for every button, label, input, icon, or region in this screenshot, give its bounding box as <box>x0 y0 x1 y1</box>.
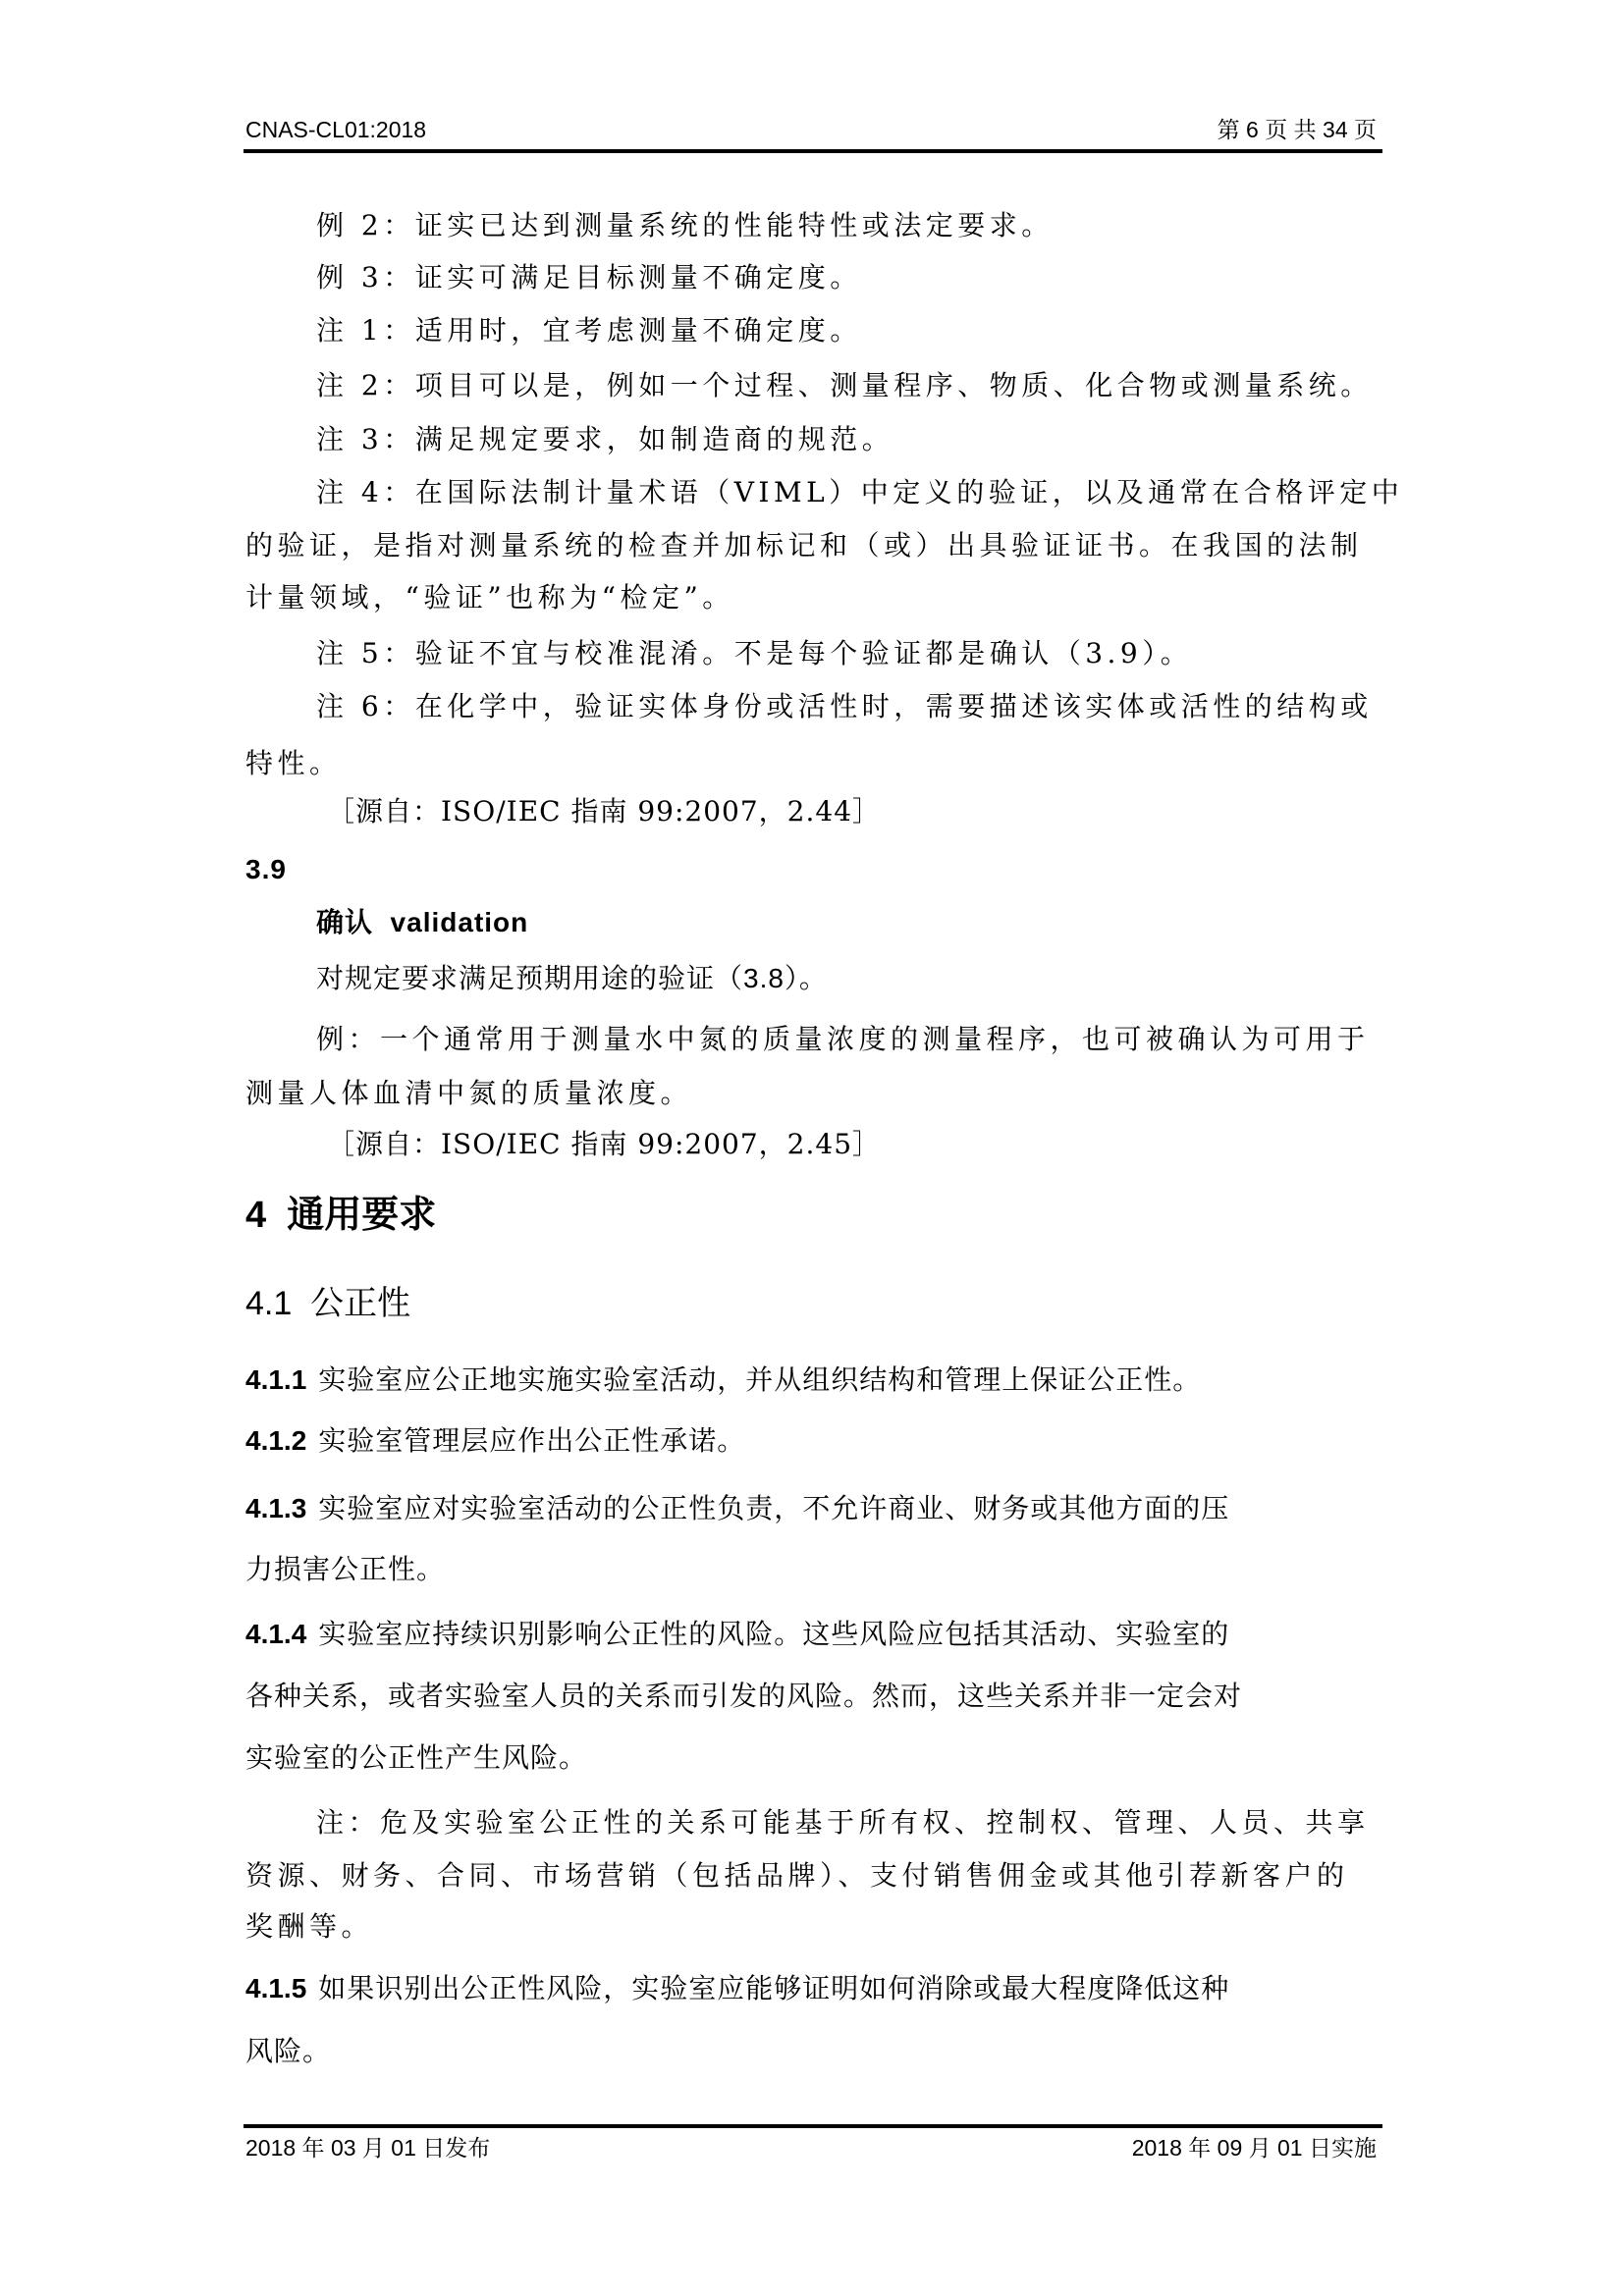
example-3-9-line-1: 例：一个通常用于测量水中氮的质量浓度的测量程序，也可被确认为可用于 <box>316 1022 1370 1057</box>
footer-effective-date: 2018 年 09 月 01 日实施 <box>1132 2134 1377 2162</box>
note-4-1-4-line-3: 奖酬等。 <box>245 1909 373 1945</box>
clause-4-1-4-cont-1: 各种关系，或者实验室人员的关系而引发的风险。然而，这些关系并非一定会对 <box>245 1679 1242 1714</box>
clause-number: 4.1.5 <box>245 1973 306 2003</box>
clause-4-1-2: 4.1.2实验室管理层应作出公正性承诺。 <box>245 1423 745 1459</box>
clause-4-1-5-cont: 风险。 <box>245 2034 331 2069</box>
note-3: 注 3：满足规定要求，如制造商的规范。 <box>316 422 893 457</box>
clause-4-1-4: 4.1.4实验室应持续识别影响公正性的风险。这些风险应包括其活动、实验室的 <box>245 1617 1229 1652</box>
section-title-4-1: 4.1 公正性 <box>245 1284 410 1323</box>
footer-rule <box>244 2124 1382 2128</box>
source-2-45: ［源自：ISO/IEC 指南 99:2007，2.45］ <box>327 1127 881 1162</box>
clause-text: 如果识别出公正性风险，实验室应能够证明如何消除或最大程度降低这种 <box>318 1973 1229 2003</box>
header-doc-id: CNAS-CL01:2018 <box>245 116 426 143</box>
clause-number: 4.1.1 <box>245 1364 306 1395</box>
note-4-line-1: 注 4：在国际法制计量术语（VIML）中定义的验证，以及通常在合格评定中 <box>316 475 1403 510</box>
note-4-line-2: 的验证，是指对测量系统的检查并加标记和（或）出具验证证书。在我国的法制 <box>245 528 1363 563</box>
example-3-9-line-2: 测量人体血清中氮的质量浓度。 <box>245 1076 692 1111</box>
header-rule <box>244 149 1382 153</box>
example-2: 例 2：证实已达到测量系统的性能特性或法定要求。 <box>316 208 1054 243</box>
footer-published-date: 2018 年 03 月 01 日发布 <box>245 2134 490 2162</box>
note-4-1-4-line-2: 资源、财务、合同、市场营销（包括品牌）、支付销售佣金或其他引荐新客户的 <box>245 1858 1349 1894</box>
section-title-4: 4 通用要求 <box>245 1194 436 1237</box>
note-6-line-1: 注 6：在化学中，验证实体身份或活性时，需要描述该实体或活性的结构或 <box>316 689 1373 724</box>
note-6-line-2: 特性。 <box>245 746 342 781</box>
clause-4-1-3-cont: 力损害公正性。 <box>245 1552 445 1587</box>
clause-text: 实验室应持续识别影响公正性的风险。这些风险应包括其活动、实验室的 <box>318 1619 1229 1649</box>
clause-4-1-1: 4.1.1实验室应公正地实施实验室活动，并从组织结构和管理上保证公正性。 <box>245 1362 1201 1398</box>
clause-text: 实验室管理层应作出公正性承诺。 <box>318 1425 745 1456</box>
clause-number-3-9: 3.9 <box>245 852 287 887</box>
note-4-line-3: 计量领域，“验证”也称为“检定”。 <box>245 580 734 615</box>
term-validation: 确认 validation <box>316 905 528 940</box>
note-1: 注 1：适用时，宜考虑测量不确定度。 <box>316 313 862 348</box>
clause-4-1-5: 4.1.5如果识别出公正性风险，实验室应能够证明如何消除或最大程度降低这种 <box>245 1971 1229 2006</box>
clause-number: 4.1.3 <box>245 1493 306 1523</box>
definition-3-9: 对规定要求满足预期用途的验证（3.8）。 <box>316 961 828 996</box>
note-5: 注 5：验证不宜与校准混淆。不是每个验证都是确认（3.9）。 <box>316 636 1192 671</box>
note-4-1-4-line-1: 注：危及实验室公正性的关系可能基于所有权、控制权、管理、人员、共享 <box>316 1805 1370 1841</box>
example-3: 例 3：证实可满足目标测量不确定度。 <box>316 260 862 295</box>
header-page-info: 第 6 页 共 34 页 <box>1218 116 1377 143</box>
clause-number: 4.1.4 <box>245 1619 306 1649</box>
clause-4-1-4-cont-2: 实验室的公正性产生风险。 <box>245 1740 587 1776</box>
clause-text: 实验室应对实验室活动的公正性负责，不允许商业、财务或其他方面的压 <box>318 1493 1229 1523</box>
source-2-44: ［源自：ISO/IEC 指南 99:2007，2.44］ <box>327 794 881 829</box>
note-2: 注 2：项目可以是，例如一个过程、测量程序、物质、化合物或测量系统。 <box>316 368 1373 403</box>
clause-number: 4.1.2 <box>245 1425 306 1456</box>
clause-4-1-3: 4.1.3实验室应对实验室活动的公正性负责，不允许商业、财务或其他方面的压 <box>245 1491 1229 1526</box>
clause-text: 实验室应公正地实施实验室活动，并从组织结构和管理上保证公正性。 <box>318 1364 1201 1395</box>
